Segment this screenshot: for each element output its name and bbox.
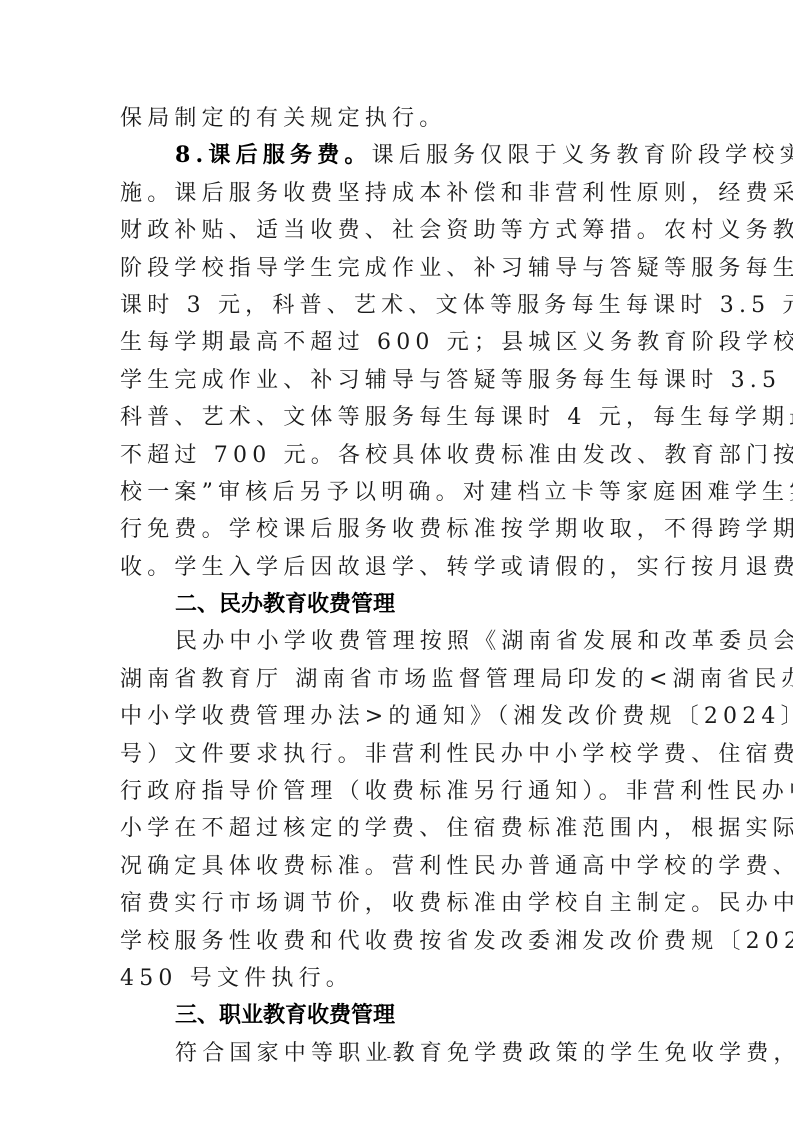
document-page: 保局制定的有关规定执行。8.课后服务费。课后服务仅限于义务教育阶段学校实施。课后…: [0, 0, 793, 1122]
line-text: 号）文件要求执行。非营利性民办中小学校学费、住宿费实: [120, 742, 793, 767]
line-text: 课后服务仅限于义务教育阶段学校实: [372, 143, 793, 168]
line-text: 校一案”审核后另予以明确。对建档立卡等家庭困难学生实: [120, 480, 793, 505]
body-text-line: 行免费。学校课后服务收费标准按学期收取，不得跨学期预: [120, 511, 674, 548]
line-text: 民办中小学收费管理按照《湖南省发展和改革委员会: [175, 629, 793, 654]
body-text-line: 民办中小学收费管理按照《湖南省发展和改革委员会: [120, 623, 674, 660]
line-text: 不超过 700 元。各校具体收费标准由发改、教育部门按“一: [120, 443, 793, 468]
line-text: 施。课后服务收费坚持成本补偿和非营利性原则，经费采取: [120, 181, 793, 206]
body-text-line: 8.课后服务费。课后服务仅限于义务教育阶段学校实: [120, 137, 674, 174]
line-text: 科普、艺术、文体等服务每生每课时 4 元，每生每学期最高: [120, 405, 793, 430]
body-text-line: 学生完成作业、补习辅导与答疑等服务每生每课时 3.5 元，: [120, 362, 674, 399]
body-text-line: 施。课后服务收费坚持成本补偿和非营利性原则，经费采取: [120, 175, 674, 212]
line-text: 宿费实行市场调节价，收费标准由学校自主制定。民办中小: [120, 891, 793, 916]
page-number: - 7-: [0, 1049, 793, 1064]
line-text: 中小学收费管理办法>的通知》（湘发改价费规〔2024〕307: [120, 704, 793, 729]
line-text: 课时 3 元，科普、艺术、文体等服务每生每课时 3.5 元，每: [120, 293, 793, 318]
line-text: 湖南省教育厅 湖南省市场监督管理局印发的<湖南省民办: [120, 667, 793, 692]
body-text-line: 号）文件要求执行。非营利性民办中小学校学费、住宿费实: [120, 736, 674, 773]
line-text: 学生完成作业、补习辅导与答疑等服务每生每课时 3.5 元，: [120, 368, 793, 393]
body-text-line: 宿费实行市场调节价，收费标准由学校自主制定。民办中小: [120, 885, 674, 922]
body-text-line: 中小学收费管理办法>的通知》（湘发改价费规〔2024〕307: [120, 698, 674, 735]
line-text: 学校服务性收费和代收费按省发改委湘发改价费规〔2022〕: [120, 929, 793, 954]
line-text: 450 号文件执行。: [120, 966, 353, 991]
body-text-line: 课时 3 元，科普、艺术、文体等服务每生每课时 3.5 元，每: [120, 287, 674, 324]
line-text: 行政府指导价管理（收费标准另行通知）。非营利性民办中: [120, 779, 793, 804]
line-text: 收。学生入学后因故退学、转学或请假的，实行按月退费。: [120, 555, 793, 580]
body-text-line: 校一案”审核后另予以明确。对建档立卡等家庭困难学生实: [120, 474, 674, 511]
body-text-line: 财政补贴、适当收费、社会资助等方式筹措。农村义务教育: [120, 212, 674, 249]
body-text-line: 收。学生入学后因故退学、转学或请假的，实行按月退费。: [120, 549, 674, 586]
line-text: 保局制定的有关规定执行。: [120, 106, 446, 131]
line-text: 行免费。学校课后服务收费标准按学期收取，不得跨学期预: [120, 517, 793, 542]
line-text: 阶段学校指导学生完成作业、补习辅导与答疑等服务每生每: [120, 256, 793, 281]
body-text-line: 行政府指导价管理（收费标准另行通知）。非营利性民办中: [120, 773, 674, 810]
body-text-line: 450 号文件执行。: [120, 960, 674, 997]
section-heading: 二、民办教育收费管理: [120, 586, 674, 623]
body-text-line: 阶段学校指导学生完成作业、补习辅导与答疑等服务每生每: [120, 250, 674, 287]
document-body: 保局制定的有关规定执行。8.课后服务费。课后服务仅限于义务教育阶段学校实施。课后…: [120, 100, 674, 1072]
line-text: 小学在不超过核定的学费、住宿费标准范围内，根据实际情: [120, 816, 793, 841]
line-text: 财政补贴、适当收费、社会资助等方式筹措。农村义务教育: [120, 218, 793, 243]
body-text-line: 况确定具体收费标准。营利性民办普通高中学校的学费、住: [120, 848, 674, 885]
line-text: 况确定具体收费标准。营利性民办普通高中学校的学费、住: [120, 854, 793, 879]
body-text-line: 学校服务性收费和代收费按省发改委湘发改价费规〔2022〕: [120, 923, 674, 960]
body-text-line: 保局制定的有关规定执行。: [120, 100, 674, 137]
body-text-line: 湖南省教育厅 湖南省市场监督管理局印发的<湖南省民办: [120, 661, 674, 698]
body-text-line: 生每学期最高不超过 600 元；县城区义务教育阶段学校指导: [120, 324, 674, 361]
section-heading-text: 二、民办教育收费管理: [175, 592, 395, 617]
line-text: 生每学期最高不超过 600 元；县城区义务教育阶段学校指导: [120, 330, 793, 355]
section-heading-text: 三、职业教育收费管理: [175, 1003, 395, 1028]
body-text-line: 小学在不超过核定的学费、住宿费标准范围内，根据实际情: [120, 810, 674, 847]
body-text-line: 不超过 700 元。各校具体收费标准由发改、教育部门按“一: [120, 437, 674, 474]
body-text-line: 科普、艺术、文体等服务每生每课时 4 元，每生每学期最高: [120, 399, 674, 436]
item-title: 8.课后服务费。: [175, 142, 372, 168]
section-heading: 三、职业教育收费管理: [120, 997, 674, 1034]
